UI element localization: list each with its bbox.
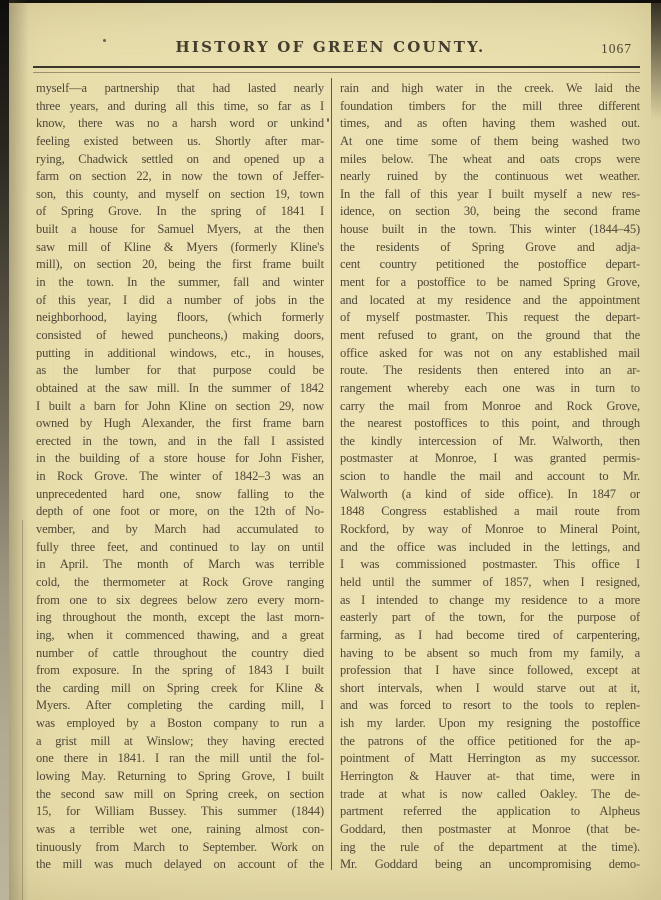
- text-line: nearly ruined by the continuous wet weat…: [340, 168, 640, 186]
- text-line: Walworth (a kind of side office). In 184…: [340, 486, 640, 504]
- text-line: know, there was no a harsh word or unkin…: [36, 115, 324, 133]
- text-line: Goddard, then postmaster at Monroe (that…: [340, 821, 640, 839]
- text-line: foundation timbers for the mill three di…: [340, 98, 640, 116]
- header-rule: [33, 66, 640, 73]
- running-header-title: HISTORY OF GREEN COUNTY.: [0, 38, 661, 56]
- text-line: In the fall of this year I built myself …: [340, 186, 640, 204]
- text-line: as the lumber for that purpose could be: [36, 362, 324, 380]
- text-line: and was forced to resort to the tools to…: [340, 697, 640, 715]
- text-line: times, and as often having them washed o…: [340, 115, 640, 133]
- text-line: short intervals, when I would starve out…: [340, 680, 640, 698]
- text-line: of this year, I did a number of jobs in …: [36, 292, 324, 310]
- text-line: Myers. After completing the carding mill…: [36, 697, 324, 715]
- text-line: partment referred the application to Alp…: [340, 803, 640, 821]
- page-gutter-shadow: [9, 0, 29, 900]
- text-line: was a terrible wet one, raining almost c…: [36, 821, 324, 839]
- ink-speck: [327, 118, 329, 122]
- scan-edge-left: [0, 0, 9, 900]
- text-line: obtained at the saw mill. In the summer …: [36, 380, 324, 398]
- text-line: in the building of a store house for Joh…: [36, 450, 324, 468]
- text-line: saw mill of Kline & Myers (formerly Klin…: [36, 239, 324, 257]
- text-line: route. The residents then entered into a…: [340, 362, 640, 380]
- text-line: held until the summer of 1857, when I re…: [340, 574, 640, 592]
- text-line: 1848 Congress established a mail route f…: [340, 503, 640, 521]
- text-line: ish my larder. Upon my resigning the pos…: [340, 715, 640, 733]
- text-line: vember, and by March had accumulated to: [36, 521, 324, 539]
- text-line: number of cattle throughout the country …: [36, 645, 324, 663]
- text-line: the patrons of the office petitioned for…: [340, 733, 640, 751]
- text-line: profession that I have since followed, e…: [340, 662, 640, 680]
- text-line: the kindly intercession of Mr. Walworth,…: [340, 433, 640, 451]
- text-line: easterly part of the town, for the purpo…: [340, 609, 640, 627]
- text-line: house built in the town. This winter (18…: [340, 221, 640, 239]
- text-line: neighborhood, laying floors, (which form…: [36, 309, 324, 327]
- text-line: unprecedented hard one, snow falling to …: [36, 486, 324, 504]
- text-line: a grist mill at Winslow; they having ere…: [36, 733, 324, 751]
- scan-edge-top: [0, 0, 661, 3]
- text-line: lowing May. Returning to Spring Grove, I…: [36, 768, 324, 786]
- text-line: three years, and during all this time, s…: [36, 98, 324, 116]
- text-line: rain and high water in the creek. We lai…: [340, 80, 640, 98]
- text-line: the residents of Spring Grove and adja-: [340, 239, 640, 257]
- text-line: of Spring Grove. In the spring of 1841 I: [36, 203, 324, 221]
- text-line: of myself postmaster. This request the d…: [340, 309, 640, 327]
- text-line: erected in the town, and in the fall I a…: [36, 433, 324, 451]
- text-line: cent country petitioned the postoffice d…: [340, 256, 640, 274]
- text-line: built a house for Samuel Myers, at the t…: [36, 221, 324, 239]
- text-line: I was commissioned postmaster. This offi…: [340, 556, 640, 574]
- text-line: one there in 1841. I ran the mill until …: [36, 750, 324, 768]
- text-line: Rockford, by way of Monroe to Mineral Po…: [340, 521, 640, 539]
- text-line: mill), on section 20, being the first fr…: [36, 256, 324, 274]
- text-line: ing throughout the month, except the las…: [36, 609, 324, 627]
- text-line: owned by Hugh Alexander, the first frame…: [36, 415, 324, 433]
- text-line: pointment of Matt Herrington as my succe…: [340, 750, 640, 768]
- text-line: fully three feet, and continued to lay o…: [36, 539, 324, 557]
- text-line: scion to handle the mail and account to …: [340, 468, 640, 486]
- text-line: from one to six degrees below zero every…: [36, 592, 324, 610]
- text-line: At one time some of them being washed tw…: [340, 133, 640, 151]
- text-line: idence, on section 30, being the second …: [340, 203, 640, 221]
- text-line: in April. The month of March was terribl…: [36, 556, 324, 574]
- text-line: tinuously from March to September. Work …: [36, 839, 324, 857]
- text-line: was employed by a Boston company to run …: [36, 715, 324, 733]
- text-line: 15, for William Bussey. This summer (184…: [36, 803, 324, 821]
- text-line: son, this county, and myself on section …: [36, 186, 324, 204]
- text-line: trade at what is now called Oakley. The …: [340, 786, 640, 804]
- text-line: rying, Chadwick settled on and opened up…: [36, 151, 324, 169]
- text-line: Mr. Goddard being an uncompromising demo…: [340, 856, 640, 874]
- scan-edge-right: [651, 0, 661, 120]
- text-line: ing the rule of the department at the ti…: [340, 839, 640, 857]
- text-line: feeling existed between us. Shortly afte…: [36, 133, 324, 151]
- text-column-right: rain and high water in the creek. We lai…: [340, 80, 640, 874]
- text-line: consisted of hewed puncheons,) making do…: [36, 327, 324, 345]
- text-column-left: myself—a partnership that had lasted nea…: [36, 80, 324, 874]
- page-number: 1067: [601, 41, 632, 57]
- text-line: ing, when it commenced thawing, and a gr…: [36, 627, 324, 645]
- text-line: farming, as I had become tired of carpen…: [340, 627, 640, 645]
- text-line: and located at my residence and the appo…: [340, 292, 640, 310]
- text-line: office asked for was not on any establis…: [340, 345, 640, 363]
- text-line: cold, the thermometer at Rock Grove rang…: [36, 574, 324, 592]
- text-line: myself—a partnership that had lasted nea…: [36, 80, 324, 98]
- text-line: in Rock Grove. The winter of 1842–3 was …: [36, 468, 324, 486]
- text-line: from exposure. In the spring of 1843 I b…: [36, 662, 324, 680]
- text-line: Herrington & Hauver at- that time, were …: [340, 768, 640, 786]
- text-line: rangement whereby each one was in turn t…: [340, 380, 640, 398]
- text-line: putting in additional windows, etc., in …: [36, 345, 324, 363]
- text-line: and the office was included in the letti…: [340, 539, 640, 557]
- text-line: having to be absent so much from my fami…: [340, 645, 640, 663]
- text-line: farm on section 22, in now the town of J…: [36, 168, 324, 186]
- text-line: miles below. The wheat and oats crops we…: [340, 151, 640, 169]
- text-line: the second saw mill on Spring creek, on …: [36, 786, 324, 804]
- text-line: the nearest postoffices to this point, a…: [340, 415, 640, 433]
- text-line: as I intended to change my residence to …: [340, 592, 640, 610]
- text-line: depth of one foot or more, on the 12th o…: [36, 503, 324, 521]
- text-line: I built a barn for John Kline on section…: [36, 398, 324, 416]
- text-line: the mill was much delayed on account of …: [36, 856, 324, 874]
- text-line: carry the mail from Monroe and Rock Grov…: [340, 398, 640, 416]
- text-line: the carding mill on Spring creek for Kli…: [36, 680, 324, 698]
- text-line: in the town. In the summer, fall and win…: [36, 274, 324, 292]
- page-gutter-line: [22, 520, 23, 900]
- text-line: ment refused to grant, on the ground tha…: [340, 327, 640, 345]
- scanned-book-page: HISTORY OF GREEN COUNTY. 1067 myself—a p…: [0, 0, 661, 900]
- text-line: ment for a postoffice to be named Spring…: [340, 274, 640, 292]
- column-divider-rule: [331, 78, 332, 870]
- text-line: postmaster at Monroe, I was granted perm…: [340, 450, 640, 468]
